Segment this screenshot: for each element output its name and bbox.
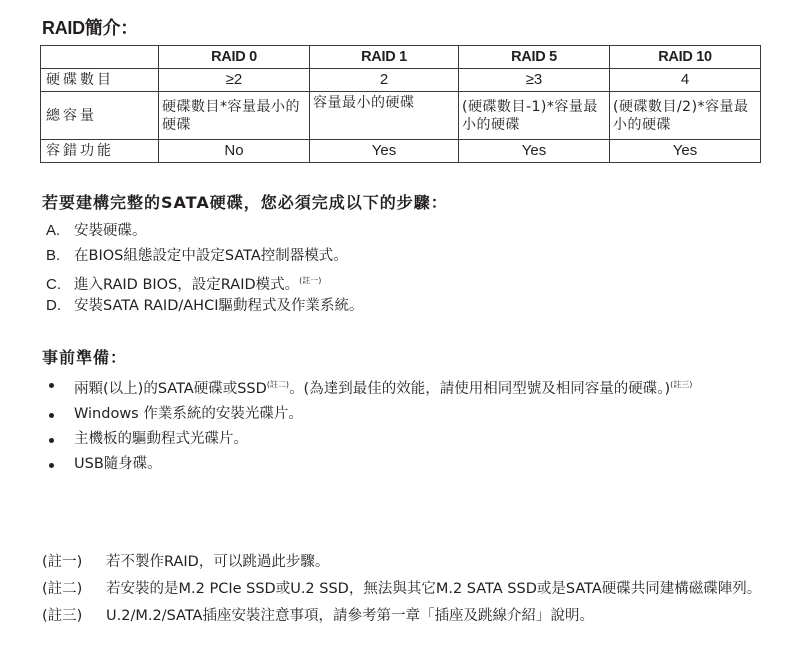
step-text: 進入RAID BIOS，設定RAID模式。 [74,277,299,293]
step-label: D. [46,293,74,318]
step-item: C.進入RAID BIOS，設定RAID模式。(註一) [46,268,363,293]
table-cell: No [159,140,310,163]
step-text: 安裝SATA RAID/AHCI驅動程式及作業系統。 [74,298,363,314]
header-cell-raid5: RAID 5 [459,46,610,69]
table-cell: 2 [310,69,459,92]
raid-comparison-table: RAID 0 RAID 1 RAID 5 RAID 10 硬碟數目 ≥2 2 ≥… [40,45,761,163]
footnote-ref: (註二) [267,380,289,389]
step-item: B.在BIOS組態設定中設定SATA控制器模式。 [46,243,363,268]
footnote-3: (註三) U.2/M.2/SATA插座安裝注意事項，請參考第一章「插座及跳線介紹… [42,604,782,628]
step-text: 安裝硬碟。 [74,223,147,239]
table-cell: ≥2 [159,69,310,92]
step-item: A.安裝硬碟。 [46,218,363,243]
table-cell: 4 [610,69,761,92]
row-label: 容錯功能 [41,140,159,163]
steps-list: A.安裝硬碟。 B.在BIOS組態設定中設定SATA控制器模式。 C.進入RAI… [46,218,363,318]
table-cell: (硬碟數目-1)*容量最小的硬碟 [459,92,610,140]
table-cell: 硬碟數目*容量最小的硬碟 [159,92,310,140]
item-text: 兩顆(以上)的SATA硬碟或SSD [74,381,267,397]
bullet-icon [49,438,54,443]
footnote-label: (註三) [42,604,82,628]
item-text: 主機板的驅動程式光碟片。 [74,431,248,447]
footnote-label: (註二) [42,577,82,601]
table-cell: (硬碟數目/2)*容量最小的硬碟 [610,92,761,140]
list-item: 主機板的驅動程式光碟片。 [46,427,776,452]
row-label: 總容量 [41,92,159,140]
footnote-1: (註一) 若不製作RAID，可以跳過此步驟。 [42,550,782,574]
table-cell: Yes [310,140,459,163]
header-cell-raid0: RAID 0 [159,46,310,69]
bullet-icon [49,413,54,418]
table-cell: Yes [459,140,610,163]
list-item: 兩顆(以上)的SATA硬碟或SSD(註二)。(為達到最佳的效能，請使用相同型號及… [46,372,776,402]
row-label: 硬碟數目 [41,69,159,92]
table-header-row: RAID 0 RAID 1 RAID 5 RAID 10 [41,46,761,69]
table-cell: 容量最小的硬碟 [310,92,459,140]
item-text: USB隨身碟。 [74,456,162,472]
list-item: Windows 作業系統的安裝光碟片。 [46,402,776,427]
table-cell: ≥3 [459,69,610,92]
footnote-ref: (註三) [670,380,692,389]
item-text: 。(為達到最佳的效能，請使用相同型號及相同容量的硬碟。) [289,381,670,397]
list-item: USB隨身碟。 [46,452,776,477]
footnote-text: U.2/M.2/SATA插座安裝注意事項，請參考第一章「插座及跳線介紹」說明。 [106,608,594,624]
step-label: B. [46,243,74,268]
steps-heading: 若要建構完整的SATA硬碟，您必須完成以下的步驟： [42,190,448,213]
raid-intro-title: RAID簡介： [42,14,138,40]
item-text: Windows 作業系統的安裝光碟片。 [74,406,303,422]
step-item: D.安裝SATA RAID/AHCI驅動程式及作業系統。 [46,293,363,318]
preparation-list: 兩顆(以上)的SATA硬碟或SSD(註二)。(為達到最佳的效能，請使用相同型號及… [46,372,776,477]
footnotes: (註一) 若不製作RAID，可以跳過此步驟。 (註二) 若安裝的是M.2 PCI… [42,550,782,631]
footnote-2: (註二) 若安裝的是M.2 PCIe SSD或U.2 SSD，無法與其它M.2 … [42,577,782,601]
preparation-heading: 事前準備： [42,345,127,368]
footnote-label: (註一) [42,550,82,574]
step-label: A. [46,218,74,243]
step-text: 在BIOS組態設定中設定SATA控制器模式。 [74,248,348,264]
header-cell-raid1: RAID 1 [310,46,459,69]
bullet-icon [49,463,54,468]
header-cell-empty [41,46,159,69]
header-cell-raid10: RAID 10 [610,46,761,69]
table-cell: Yes [610,140,761,163]
footnote-text: 若不製作RAID，可以跳過此步驟。 [106,554,329,570]
table-row-total-capacity: 總容量 硬碟數目*容量最小的硬碟 容量最小的硬碟 (硬碟數目-1)*容量最小的硬… [41,92,761,140]
bullet-icon [49,383,54,388]
table-row-disk-count: 硬碟數目 ≥2 2 ≥3 4 [41,69,761,92]
footnote-ref: (註一) [299,276,321,285]
footnote-text: 若安裝的是M.2 PCIe SSD或U.2 SSD，無法與其它M.2 SATA … [106,581,761,597]
table-row-fault-tolerance: 容錯功能 No Yes Yes Yes [41,140,761,163]
